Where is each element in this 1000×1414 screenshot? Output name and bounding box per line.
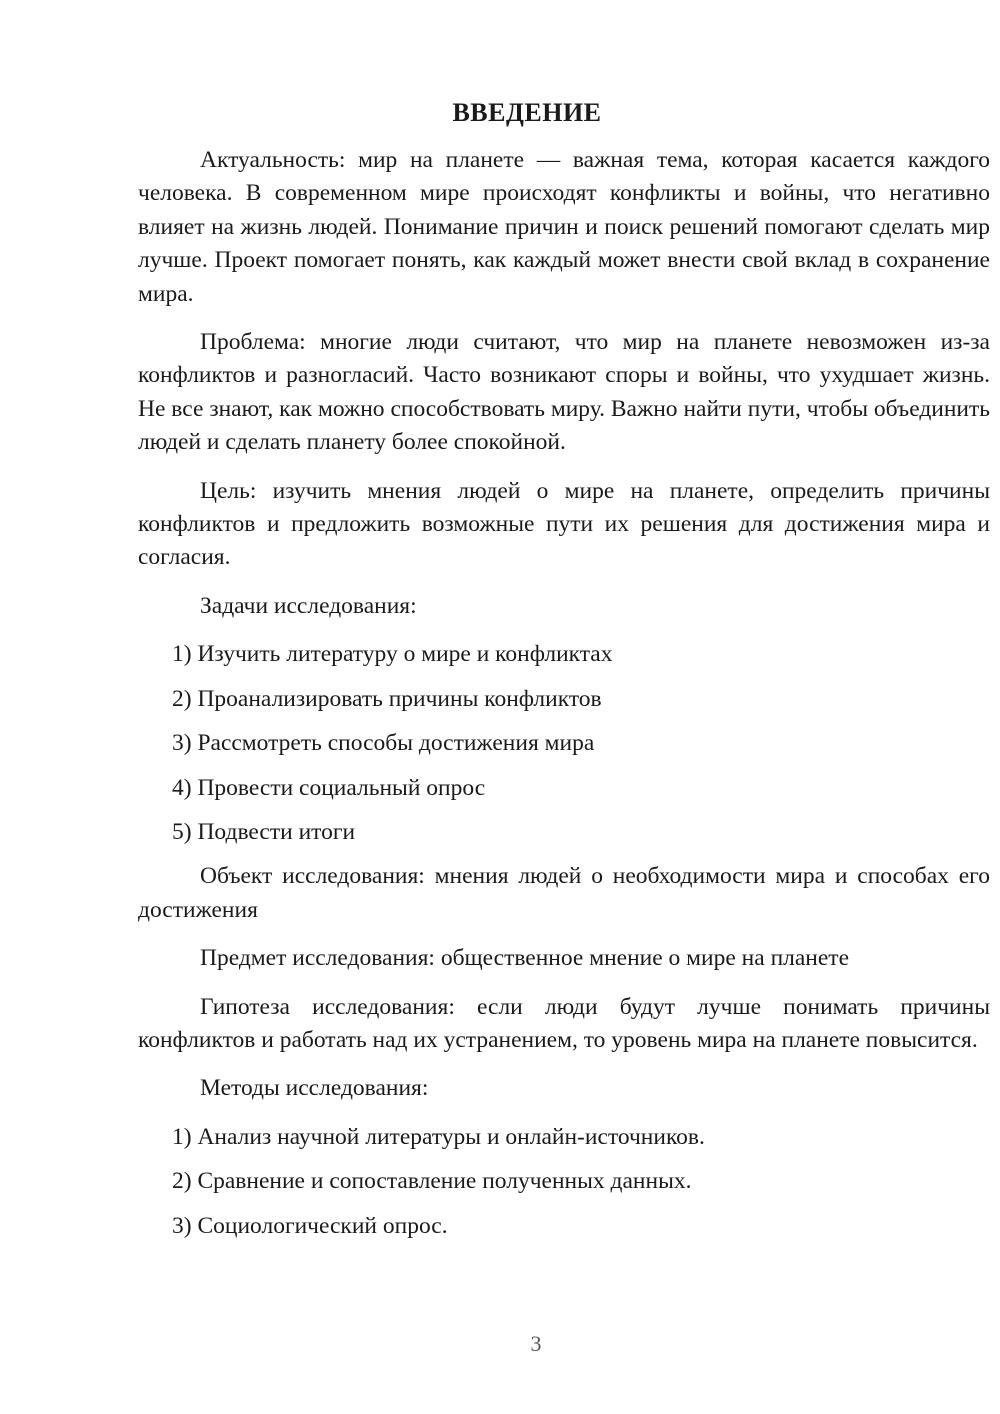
task-item-1: 1) Изучить литературу о мире и конфликта… — [138, 638, 990, 671]
document-content: ВВЕДЕНИЕ Актуальность: мир на планете — … — [138, 96, 990, 1254]
task-item-5: 5) Подвести итоги — [138, 816, 990, 849]
tasks-heading: Задачи исследования: — [138, 590, 990, 623]
methods-heading: Методы исследования: — [138, 1072, 990, 1105]
method-item-2: 2) Сравнение и сопоставление полученных … — [138, 1165, 990, 1198]
page-number: 3 — [0, 1330, 1000, 1358]
paragraph-goal: Цель: изучить мнения людей о мире на пла… — [138, 475, 990, 575]
paragraph-problem: Проблема: многие люди считают, что мир н… — [138, 326, 990, 460]
document-page: ВВЕДЕНИЕ Актуальность: мир на планете — … — [0, 0, 1000, 1414]
page-title: ВВЕДЕНИЕ — [138, 96, 916, 129]
paragraph-hypothesis: Гипотеза исследования: если люди будут л… — [138, 991, 990, 1058]
paragraph-relevance: Актуальность: мир на планете — важная те… — [138, 144, 990, 311]
paragraph-subject: Предмет исследования: общественное мнени… — [138, 942, 990, 975]
task-item-2: 2) Проанализировать причины конфликтов — [138, 683, 990, 716]
paragraph-object: Объект исследования: мнения людей о необ… — [138, 860, 990, 927]
method-item-1: 1) Анализ научной литературы и онлайн-ис… — [138, 1121, 990, 1154]
method-item-3: 3) Социологический опрос. — [138, 1210, 990, 1243]
task-item-4: 4) Провести социальный опрос — [138, 772, 990, 805]
task-item-3: 3) Рассмотреть способы достижения мира — [138, 727, 990, 760]
